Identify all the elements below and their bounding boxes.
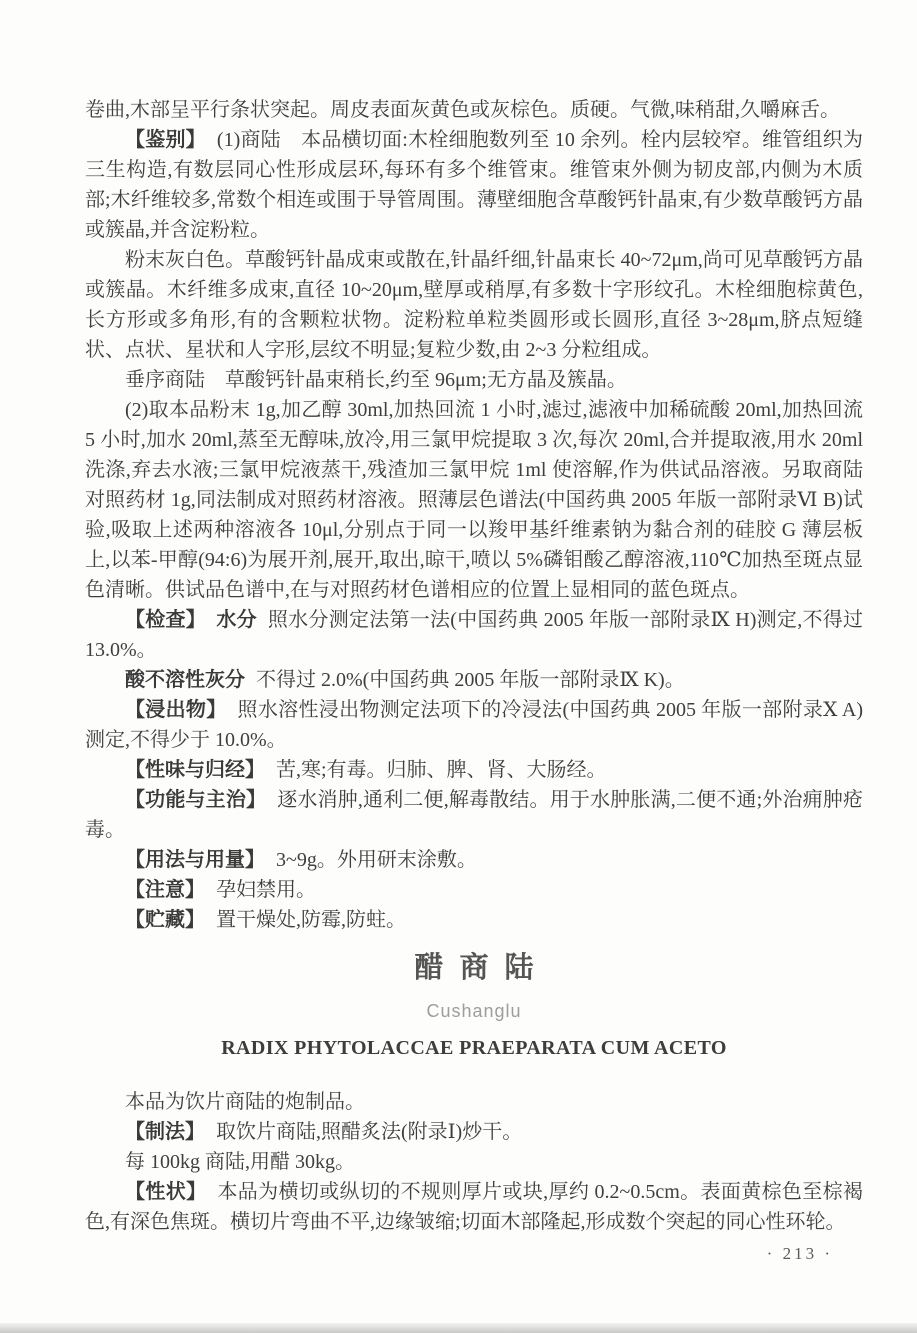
paragraph-text: (2)取本品粉末 1g,加乙醇 30ml,加热回流 1 小时,滤过,滤液中加稀硫… (85, 399, 863, 601)
cushanglu-monograph-body: 本品为饮片商陆的炮制品。 【制法】取饮片商陆,照醋炙法(附录Ⅰ)炒干。 每 10… (85, 1087, 863, 1237)
dosage-paragraph: 【用法与用量】3~9g。外用研末涂敷。 (85, 845, 863, 875)
section-label-zhucang: 【贮藏】 (125, 909, 205, 931)
section-label-zhifa: 【制法】 (125, 1121, 205, 1143)
paragraph-text: 本品为饮片商陆的炮制品。 (125, 1091, 365, 1113)
check-ash-paragraph: 酸不溶性灰分不得过 2.0%(中国药典 2005 年版一部附录Ⅸ K)。 (85, 665, 863, 695)
paragraph-text: 垂序商陆 草酸钙针晶束稍长,约至 96μm;无方晶及簇晶。 (125, 369, 627, 391)
section-label-xingwei: 【性味与归经】 (125, 759, 265, 781)
section-label-jinchuwu: 【浸出物】 (125, 699, 227, 721)
tlc-test-paragraph: (2)取本品粉末 1g,加乙醇 30ml,加热回流 1 小时,滤过,滤液中加稀硫… (85, 395, 863, 605)
powder-description-paragraph: 粉末灰白色。草酸钙针晶成束或散在,针晶纤细,针晶束长 40~72μm,尚可见草酸… (85, 245, 863, 365)
caution-paragraph: 【注意】孕妇禁用。 (85, 875, 863, 905)
description-paragraph: 【性状】本品为横切或纵切的不规则厚片或块,厚约 0.2~0.5cm。表面黄棕色至… (85, 1177, 863, 1237)
continuation-paragraph: 卷曲,木部呈平行条状突起。周皮表面灰黄色或灰棕色。质硬。气微,味稍甜,久嚼麻舌。 (85, 95, 863, 125)
page-number: · 213 · (767, 1244, 833, 1264)
paragraph-text: 卷曲,木部呈平行条状突起。周皮表面灰黄色或灰棕色。质硬。气微,味稍甜,久嚼麻舌。 (85, 99, 840, 121)
paragraph-text: 不得过 2.0%(中国药典 2005 年版一部附录Ⅸ K)。 (256, 669, 685, 691)
paragraph-text: 每 100kg 商陆,用醋 30kg。 (125, 1151, 355, 1173)
taste-meridian-paragraph: 【性味与归经】苦,寒;有毒。归肺、脾、肾、大肠经。 (85, 755, 863, 785)
storage-paragraph: 【贮藏】置干燥处,防霉,防蛀。 (85, 905, 863, 935)
section-label-jianbie: 【鉴别】 (125, 129, 206, 151)
scan-bottom-edge (0, 1323, 917, 1333)
preparation-ratio-paragraph: 每 100kg 商陆,用醋 30kg。 (85, 1147, 863, 1177)
check-water-paragraph: 【检查】 水分照水分测定法第一法(中国药典 2005 年版一部附录Ⅸ H)测定,… (85, 605, 863, 665)
cushanglu-monograph-heading: 醋商陆 Cushanglu RADIX PHYTOLACCAE PRAEPARA… (85, 951, 863, 1061)
section-label-gongneng: 【功能与主治】 (125, 789, 266, 811)
paragraph-text: 苦,寒;有毒。归肺、脾、肾、大肠经。 (276, 759, 607, 781)
page-text-column: 卷曲,木部呈平行条状突起。周皮表面灰黄色或灰棕色。质硬。气微,味稍甜,久嚼麻舌。… (85, 95, 863, 1237)
preparation-method-paragraph: 【制法】取饮片商陆,照醋炙法(附录Ⅰ)炒干。 (85, 1117, 863, 1147)
section-label-yongfa: 【用法与用量】 (125, 849, 265, 871)
section-label-xingzhuang: 【性状】 (125, 1181, 206, 1203)
identification-paragraph: 【鉴别】(1)商陆 本品横切面:木栓细胞数列至 10 余列。栓内层较窄。维管组织… (85, 125, 863, 245)
paragraph-text: 取饮片商陆,照醋炙法(附录Ⅰ)炒干。 (216, 1121, 522, 1143)
variant-chuixu-paragraph: 垂序商陆 草酸钙针晶束稍长,约至 96μm;无方晶及簇晶。 (85, 365, 863, 395)
pharmacopoeia-scanned-page: 卷曲,木部呈平行条状突起。周皮表面灰黄色或灰棕色。质硬。气微,味稍甜,久嚼麻舌。… (0, 0, 917, 1333)
extractive-paragraph: 【浸出物】照水溶性浸出物测定法项下的冷浸法(中国药典 2005 年版一部附录Ⅹ … (85, 695, 863, 755)
section-label-ash: 酸不溶性灰分 (125, 669, 245, 691)
preparation-intro-paragraph: 本品为饮片商陆的炮制品。 (85, 1087, 863, 1117)
monograph-latin-name: RADIX PHYTOLACCAE PRAEPARATA CUM ACETO (85, 1035, 863, 1061)
monograph-pinyin: Cushanglu (85, 999, 863, 1023)
monograph-title-chinese: 醋商陆 (85, 951, 863, 985)
section-label-zhuyi: 【注意】 (125, 879, 205, 901)
section-label-jiancha: 【检查】 水分 (125, 609, 257, 631)
function-indication-paragraph: 【功能与主治】逐水消肿,通利二便,解毒散结。用于水肿胀满,二便不通;外治痈肿疮毒… (85, 785, 863, 845)
paragraph-text: 置干燥处,防霉,防蛀。 (216, 909, 406, 931)
paragraph-text: 孕妇禁用。 (216, 879, 316, 901)
paragraph-text: 粉末灰白色。草酸钙针晶成束或散在,针晶纤细,针晶束长 40~72μm,尚可见草酸… (85, 249, 863, 361)
paragraph-text: 3~9g。外用研末涂敷。 (276, 849, 477, 871)
